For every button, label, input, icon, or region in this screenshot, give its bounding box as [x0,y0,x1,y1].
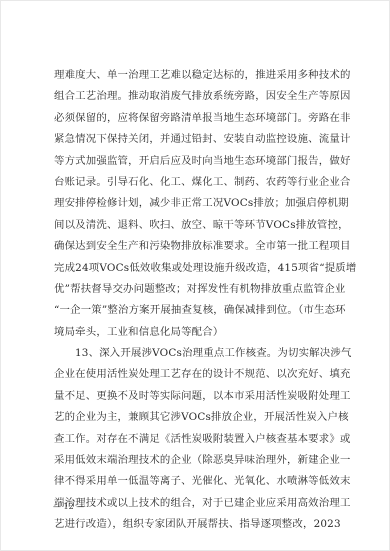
text-line: 理安排停检修计划，减少非正常工况VOCs排放；加强启停机期 [54,193,336,214]
text-line: 组合工艺治理。推动取消废气排放系统旁路，因安全生产等原因 [54,86,336,107]
text-line: 端治理技术或以上技术的组合，对于已建企业应采用高效治理工 [54,493,336,514]
text-line: 紧急情况下保持关闭，并通过铅封、安装自动监控设施、流量计 [54,129,336,150]
body-text: 理难度大、单一治理工艺难以稳定达标的，推进采用多种技术的 组合工艺治理。推动取消… [54,65,336,536]
text-line: 境局牵头，工业和信息化局等配合） [54,322,336,343]
text-line: 台账记录。引导石化、化工、煤化工、制药、农药等行业企业合 [54,172,336,193]
text-line: 企业在使用活性炭处理工艺存在的设计不规范、以次充好、填充 [54,364,336,385]
text-line: 必须保留的，应将保留旁路清单报当地生态环境部门。旁路在非 [54,108,336,129]
document-page: 理难度大、单一治理工艺难以稳定达标的，推进采用多种技术的 组合工艺治理。推动取消… [0,0,390,551]
section-heading-line: 13、深入开展涉VOCs治理重点工作核查。为切实解决涉气 [54,343,336,364]
text-line: 量不足、更换不及时等实际问题，以本市采用活性炭吸附处理工 [54,386,336,407]
text-line: 艺的企业为主，兼顾其它涉VOCs排放企业，开展活性炭入户核 [54,407,336,428]
text-line: 优”帮扶督导交办问题整改；对挥发性有机物排放重点监管企业 [54,279,336,300]
text-line: “一企一策”整治方案开展抽查复核，确保减排到位。（市生态环 [54,300,336,321]
text-line: 律不得采用单一低温等离子、光催化、光氧化、水喷淋等低效末 [54,471,336,492]
text-line: 艺进行改造），组织专家团队开展帮扶、指导逐项整改，2023 [54,514,336,535]
text-line: 等方式加强监管，开启后应及时向当地生态环境部门报告，做好 [54,151,336,172]
text-line: 查工作。对存在不满足《活性炭吸附装置入户核查基本要求》或 [54,429,336,450]
page-number: — 12 — [53,502,84,511]
text-line: 间以及清洗、退料、吹扫、放空、晾干等环节VOCs排放管控， [54,215,336,236]
text-line: 采用低效末端治理技术的企业（除恶臭异味治理外，新建企业一 [54,450,336,471]
text-line: 完成24项VOCs低效收集或处理设施升级改造，415项省“提质增 [54,258,336,279]
text-line: 确保达到安全生产和污染物排放标准要求。全市第一批工程项目 [54,236,336,257]
text-line: 理难度大、单一治理工艺难以稳定达标的，推进采用多种技术的 [54,65,336,86]
